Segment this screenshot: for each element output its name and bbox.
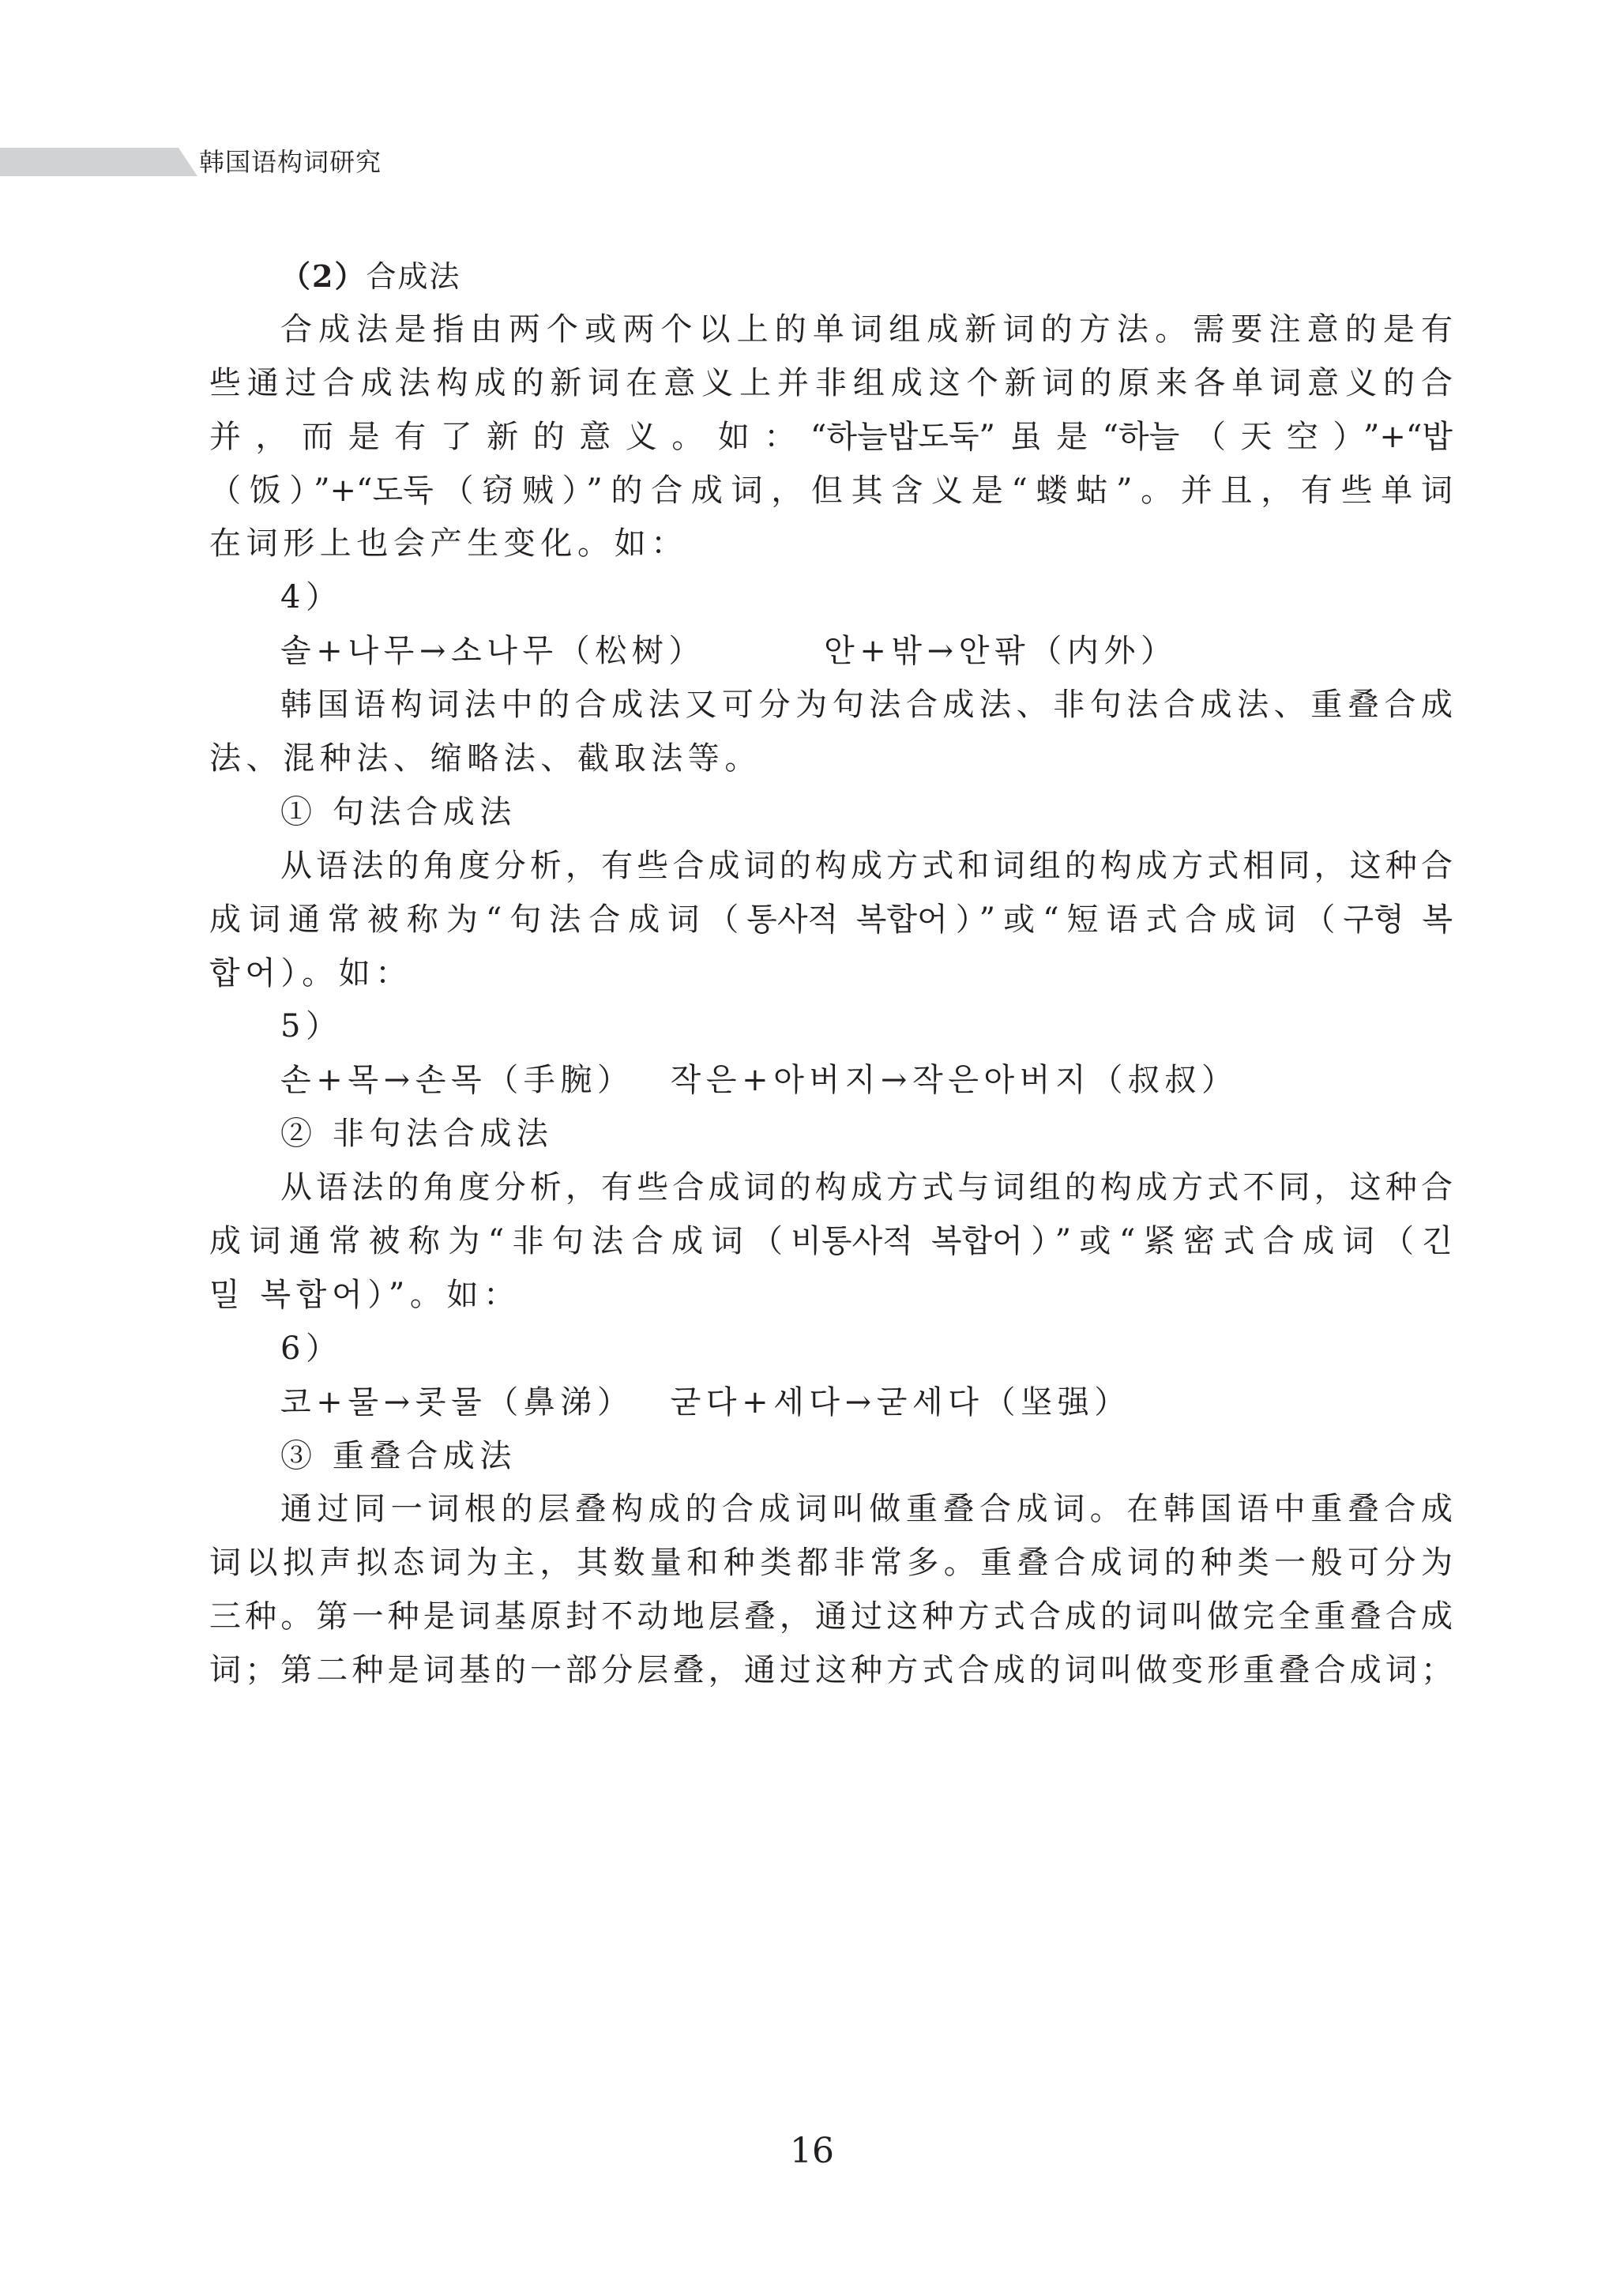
paragraph-line: 成词通常被称为“句法合成词（통사적 복합어）”或“短语式合成词（구형 복 <box>209 894 1453 947</box>
subsection-heading: ③ 重叠合成法 <box>209 1430 1453 1484</box>
paragraph-line: 从语法的角度分析，有些合成词的构成方式和词组的构成方式相同，这种合 <box>209 840 1453 894</box>
paragraph-line: 三种。第一种是词基原封不动地层叠，通过这种方式合成的词叫做完全重叠合成 <box>209 1590 1453 1644</box>
subsection-heading: ① 句法合成法 <box>209 786 1453 840</box>
example-label: 6） <box>209 1323 1453 1376</box>
paragraph-line: 通过同一词根的层叠构成的合成词叫做重叠合成词。在韩国语中重叠合成 <box>209 1483 1453 1537</box>
paragraph-line: 밀 복합어）”。如： <box>209 1269 1453 1323</box>
example-item: 솔+나무→소나무（松树） <box>280 633 705 669</box>
paragraph-line: 在词形上也会产生变化。如： <box>209 517 1453 571</box>
paragraph-line: 합어）。如： <box>209 947 1453 1001</box>
paragraph-line: 并，而是有了新的意义。如：“하늘밥도둑”虽是“하늘（天空）”+“밥 <box>209 411 1453 465</box>
example-item: 작은+아버지→작은아버지（叔叔） <box>671 1062 1239 1098</box>
example-row: 손+목→손목（手腕）작은+아버지→작은아버지（叔叔） <box>209 1054 1453 1108</box>
example-item: 굳다+세다→굳세다（坚强） <box>671 1384 1131 1421</box>
paragraph-line: 合成法是指由两个或两个以上的单词组成新词的方法。需要注意的是有 <box>209 303 1453 357</box>
paragraph-line: 韩国语构词法中的合成法又可分为句法合成法、非句法合成法、重叠合成 <box>209 679 1453 732</box>
paragraph-line: 词；第二种是词基的一部分层叠，通过这种方式合成的词叫做变形重叠合成词； <box>209 1644 1453 1698</box>
paragraph-line: 成词通常被称为“非句法合成词（비통사적 복합어）”或“紧密式合成词（긴 <box>209 1215 1453 1269</box>
running-head-title: 韩国语构词研究 <box>199 146 382 178</box>
paragraph-line: 法、混种法、缩略法、截取法等。 <box>209 732 1453 786</box>
example-label: 4） <box>209 571 1453 625</box>
page-body: （2）合成法 合成法是指由两个或两个以上的单词组成新词的方法。需要注意的是有 些… <box>209 250 1453 1698</box>
paragraph-line: 词以拟声拟态词为主，其数量和种类都非常多。重叠合成词的种类一般可分为 <box>209 1537 1453 1590</box>
paragraph-line: 些通过合成法构成的新词在意义上并非组成这个新词的原来各单词意义的合 <box>209 357 1453 411</box>
subsection-heading: ② 非句法合成法 <box>209 1108 1453 1161</box>
example-item: 코+물→콧물（鼻涕） <box>280 1384 634 1421</box>
section-number: （2） <box>280 258 366 294</box>
paragraph-line: （饭）”+“도둑（窃贼）”的合成词，但其含义是“蝼蛄”。并且，有些单词 <box>209 465 1453 518</box>
paragraph-line: 从语法的角度分析，有些合成词的构成方式与词组的构成方式不同，这种合 <box>209 1161 1453 1215</box>
page-number: 16 <box>0 2131 1624 2171</box>
example-label: 5） <box>209 1000 1453 1054</box>
section-heading: （2）合成法 <box>209 250 1453 303</box>
example-row: 솔+나무→소나무（松树）안+밖→안팎（内外） <box>209 625 1453 679</box>
example-row: 코+물→콧물（鼻涕）굳다+세다→굳세다（坚强） <box>209 1376 1453 1430</box>
running-head-band <box>0 148 197 176</box>
example-item: 안+밖→안팎（内外） <box>824 633 1178 669</box>
example-item: 손+목→손목（手腕） <box>280 1062 634 1098</box>
section-title: 合成法 <box>366 259 461 294</box>
